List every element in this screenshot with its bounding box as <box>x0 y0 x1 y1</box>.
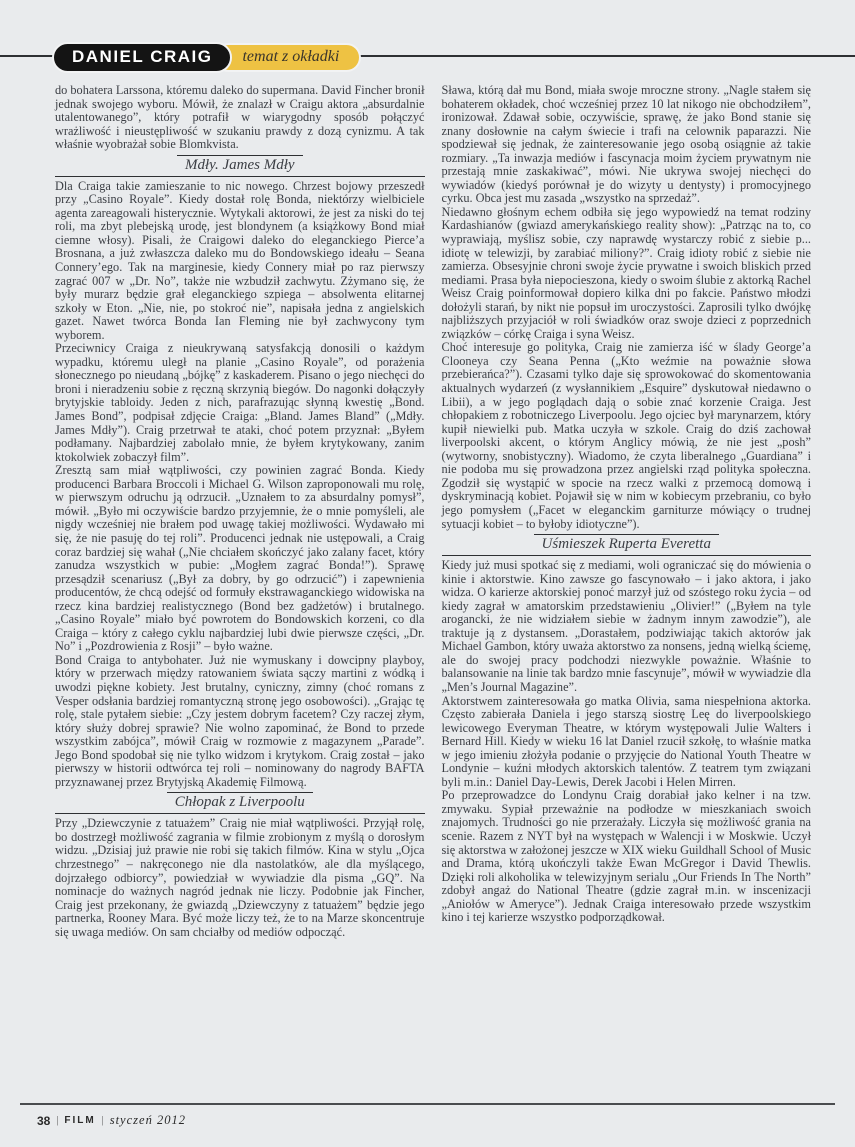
article-paragraph: Sława, którą dał mu Bond, miała swoje mr… <box>442 84 812 206</box>
section-heading-text: Chłopak z Liverpoolu <box>167 792 313 812</box>
article-paragraph: Aktorstwem zainteresowała go matka Olivi… <box>442 695 812 790</box>
section-heading-text: Mdły. James Mdły <box>177 155 303 175</box>
article-paragraph: Po przeprowadzce do Londynu Craig dorabi… <box>442 789 812 924</box>
magazine-title: FILM <box>64 1115 95 1126</box>
article-paragraph: Dla Craiga takie zamieszanie to nic nowe… <box>55 180 425 343</box>
cover-topic-badge: temat z okładki <box>214 43 361 72</box>
magazine-page: { "colors": { "background": "#e9ebed", "… <box>0 0 855 1147</box>
article-paragraph: Bond Craiga to antybohater. Już nie wymu… <box>55 654 425 789</box>
article-paragraph: Zresztą sam miał wątpliwości, czy powini… <box>55 464 425 654</box>
article-column-left: do bohatera Larssona, któremu daleko do … <box>55 84 425 939</box>
subject-badge: DANIEL CRAIG <box>52 42 232 73</box>
article-paragraph: Niedawno głośnym echem odbiła się jego w… <box>442 206 812 341</box>
footer-rule <box>20 1103 835 1105</box>
section-heading-text: Uśmieszek Ruperta Everetta <box>534 534 719 554</box>
article-paragraph: Kiedy już musi spotkać się z mediami, wo… <box>442 559 812 694</box>
article-body: do bohatera Larssona, któremu daleko do … <box>55 84 811 939</box>
article-column-right: Sława, którą dał mu Bond, miała swoje mr… <box>442 84 812 939</box>
footer-separator: | <box>102 1115 104 1126</box>
header-badges: DANIEL CRAIG temat z okładki <box>52 42 361 73</box>
issue-date: styczeń 2012 <box>110 1113 186 1128</box>
page-number: 38 <box>37 1114 50 1128</box>
article-paragraph: Przeciwnicy Craiga z nieukrywaną satysfa… <box>55 342 425 464</box>
article-paragraph: do bohatera Larssona, któremu daleko do … <box>55 84 425 152</box>
footer: 38 | FILM | styczeń 2012 <box>37 1113 186 1128</box>
section-heading: Uśmieszek Ruperta Everetta <box>442 534 812 556</box>
article-paragraph: Choć interesuje go polityka, Craig nie z… <box>442 341 812 531</box>
section-heading: Mdły. James Mdły <box>55 155 425 177</box>
section-heading: Chłopak z Liverpoolu <box>55 792 425 814</box>
article-paragraph: Przy „Dziewczynie z tatuażem” Craig nie … <box>55 817 425 939</box>
footer-separator: | <box>56 1115 58 1126</box>
